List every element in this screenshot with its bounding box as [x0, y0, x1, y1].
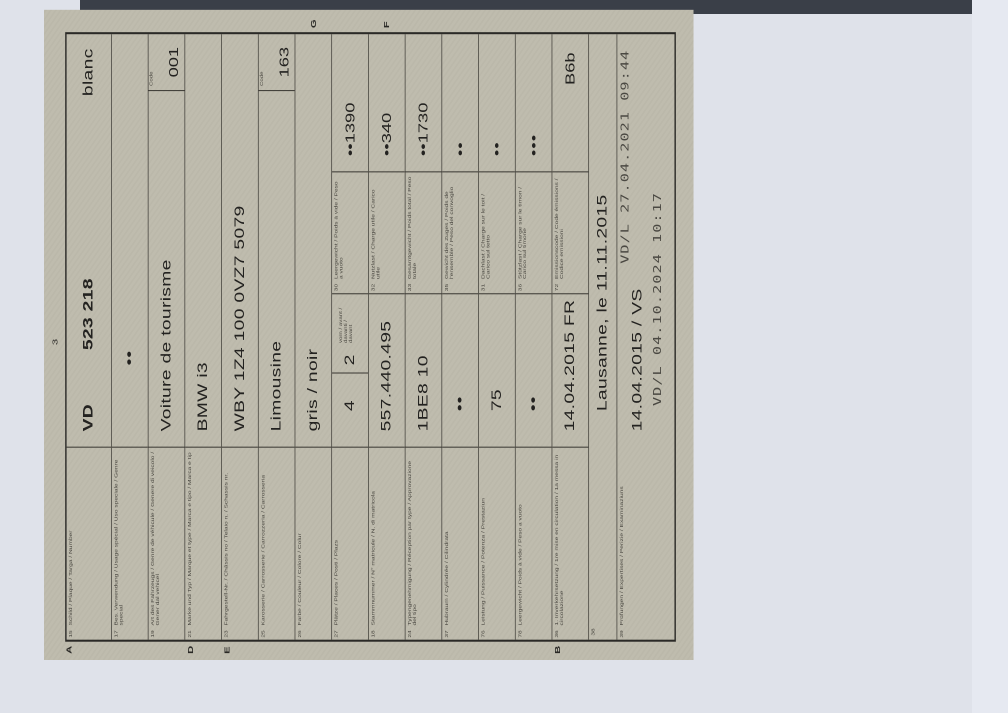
empty-weight-cell: 30Leergewicht / Poids à vide / Peso a vu…	[332, 34, 368, 294]
roof-load-value: ••	[489, 141, 504, 156]
row-body: 25Karosserie / Carrosserie / Carrozzeria…	[259, 34, 296, 639]
section-letter-g: G	[309, 19, 317, 28]
section-letter-e: E	[223, 646, 231, 653]
displacement-label: 37Hubraum / Cylindrée / Cilindrata	[442, 447, 478, 640]
row-inspections: 39Prüfungen / Expertises / Perizie / Exa…	[617, 34, 674, 639]
power-weight-label: 78Leergewicht / Poids à vide / Peso a vu…	[516, 447, 552, 640]
inspections-label: 39Prüfungen / Expertises / Perizie / Exa…	[617, 447, 674, 640]
vehicle-type-code-box: Code 001	[148, 34, 184, 91]
vehicle-type-value: Voiture de tourisme	[159, 259, 175, 431]
section-letter-b: B	[554, 646, 562, 654]
vehicle-type-code: 001	[167, 34, 182, 90]
inspection-stamp-2024: VD/L 04.10.2024 10:17	[651, 192, 664, 406]
place-date-value: Lausanne, le 11.11.2015	[595, 194, 611, 411]
registration-document-page: 3 A 15Schild / Plaque / Targa / Number V…	[44, 10, 694, 660]
row-first-registration-emission: B 361. Inverkehrsetzung / 1re mise en ci…	[552, 34, 589, 639]
row-seats-empty-weight: 27Plätze / Places / Posti / Plazs 4 2 vo…	[332, 34, 369, 639]
section-letter-f: F	[383, 21, 391, 28]
matricule-value: 557.440.495	[379, 321, 395, 432]
document-frame: A 15Schild / Plaque / Targa / Number VD …	[65, 32, 676, 642]
total-weight-value: ••1730	[416, 103, 431, 156]
usage-label: 17Bes. Verwendung / Usage spécial / Uso …	[112, 447, 148, 640]
power-label: 76Leistung / Puissance / Potenza / Prest…	[479, 447, 515, 640]
body-code-box: Code 163	[259, 34, 295, 91]
body-code: 163	[277, 34, 292, 90]
row-matricule-payload: 18Stammnummer / N° matricule / N. di mat…	[369, 34, 406, 639]
seats-total: 4	[342, 400, 358, 411]
trailer-load-value: •••	[526, 134, 541, 156]
inspection-stamp-2021: VD/L 27.04.2021 09:44	[619, 50, 632, 264]
plate-label: 15Schild / Plaque / Targa / Number	[67, 447, 111, 640]
body-value: Limousine	[269, 341, 285, 432]
payload-value: ••340	[379, 113, 394, 156]
row-place-date: 38 Lausanne, le 11.11.2015	[589, 34, 617, 639]
first-registration-value: 14.04.2015 FR	[563, 300, 579, 432]
row-chassis: E 23Fahrgestell-Nr. / Châssis no / Telai…	[222, 34, 259, 639]
color-label: 26Farbe / Couleur / Colore / Colur	[295, 447, 331, 640]
section-letter-a: A	[65, 646, 73, 654]
roof-load-cell: 31Dachlast / Charge sur le toit / Carico…	[479, 34, 515, 294]
inspections-value: 14.04.2015 / VS	[630, 288, 646, 431]
train-weight-cell: 35Gewicht des Zuges / Poids de l'ensembl…	[442, 34, 478, 294]
row-color: 26Farbe / Couleur / Colore / Colur gris …	[295, 34, 332, 639]
row-vehicle-type: 19Art des Fahrzeugs / Genre de véhicule …	[148, 34, 185, 639]
chassis-value: WBY 1Z4 100 0VZ7 5079	[232, 205, 248, 431]
section-letter-d: D	[187, 646, 195, 654]
page-number: 3	[51, 339, 59, 345]
make-model-value: BMW i3	[195, 362, 211, 431]
seats-front: 2	[342, 354, 358, 365]
type-approval-label: 24Typengenehmigung / Réception par type …	[405, 447, 441, 640]
make-model-label: 21Marke und Typ / Marque et type / Marca…	[185, 447, 221, 640]
plate-canton: VD	[81, 404, 97, 431]
chassis-label: 23Fahrgestell-Nr. / Châssis no / Telaio …	[222, 447, 258, 640]
seats-front-label: vorn / avant / davanti / davant	[339, 300, 354, 343]
plate-color: blanc	[81, 48, 97, 96]
seats-label: 27Plätze / Places / Posti / Plazs	[332, 447, 368, 640]
first-registration-label: 361. Inverkehrsetzung / 1re mise en circ…	[552, 447, 588, 640]
trailer-load-cell: 36Stützlast / Charge sur le timon / Cari…	[516, 34, 552, 294]
emission-code-value: B6b	[563, 52, 578, 85]
vehicle-type-label: 19Art des Fahrzeugs / Genre de véhicule …	[148, 447, 184, 640]
row-plate: A 15Schild / Plaque / Targa / Number VD …	[67, 34, 112, 639]
displacement-value: ••	[452, 396, 468, 412]
row-power-weight-trailer: 78Leergewicht / Poids à vide / Peso a vu…	[516, 34, 553, 639]
type-approval-value: 1BE8 10	[416, 355, 432, 431]
registration-document-photo: 3 A 15Schild / Plaque / Targa / Number V…	[44, 10, 979, 660]
matricule-label: 18Stammnummer / N° matricule / N. di mat…	[369, 447, 405, 640]
row-special-usage: 17Bes. Verwendung / Usage spécial / Uso …	[112, 34, 149, 639]
power-value: 75	[489, 389, 505, 411]
color-value: gris / noir	[306, 349, 322, 432]
empty-weight-value: ••1390	[343, 103, 358, 156]
body-label: 25Karosserie / Carrosserie / Carrozzeria…	[259, 447, 295, 640]
row-make-model: D 21Marke und Typ / Marque et type / Mar…	[185, 34, 222, 639]
emission-cell: 72Emissionscode / Code émissions / Codic…	[552, 34, 588, 294]
total-weight-cell: 33Gesamtgewicht / Poids total / Peso tot…	[405, 34, 441, 294]
plate-number: 523 218	[81, 278, 97, 350]
row-type-approval-total-weight: 24Typengenehmigung / Réception par type …	[405, 34, 442, 639]
train-weight-value: ••	[453, 141, 468, 156]
usage-value: ••	[122, 350, 138, 366]
row-power-roof-load: 76Leistung / Puissance / Potenza / Prest…	[479, 34, 516, 639]
power-weight-value: ••	[526, 396, 542, 412]
payload-cell: 32Nutzlast / Charge utile / Carico utile…	[369, 34, 405, 294]
row-displacement-train-weight: 37Hubraum / Cylindrée / Cilindrata •• 35…	[442, 34, 479, 639]
